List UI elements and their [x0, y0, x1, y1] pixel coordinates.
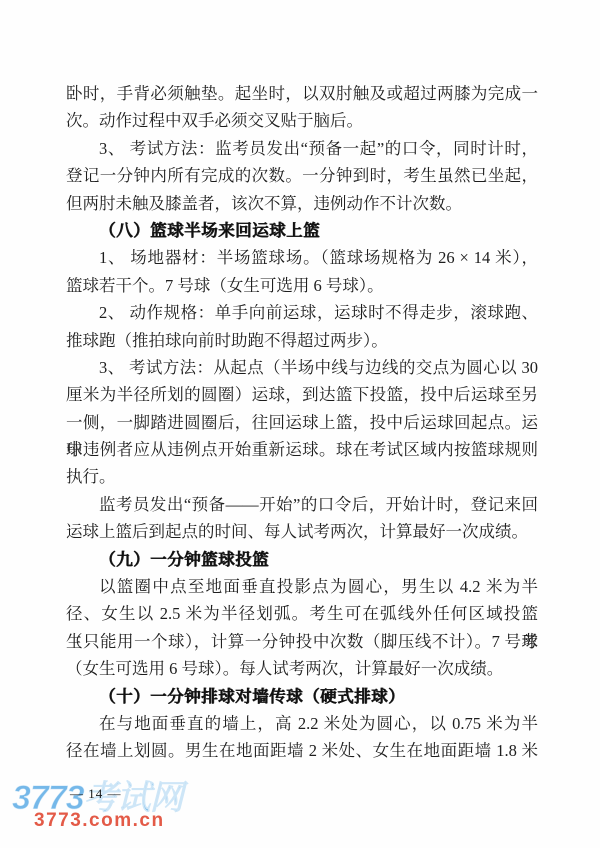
text-line: 一侧，一脚踏进圆圈后，往回运球上篮，投中后运球回起点。运球: [66, 409, 538, 436]
text-line: 中违例者应从违例点开始重新运球。球在考试区域内按篮球规则: [66, 436, 538, 463]
text-line: 卧时，手背必须触垫。起坐时，以双肘触及或超过两膝为完成一: [66, 80, 538, 107]
text-line: 生只能用一个球），计算一分钟投中次数（脚压线不计）。7 号球: [66, 628, 538, 655]
text-line: 3、 考试方法：从起点（半场中线与边线的交点为圆心以 30: [66, 354, 538, 381]
text-line: 3、 考试方法：监考员发出“预备一起”的口令，同时计时，: [66, 135, 538, 162]
section-heading: （九）一分钟篮球投篮: [66, 546, 538, 573]
text-line: 以篮圈中点至地面垂直投影点为圆心，男生以 4.2 米为半: [66, 573, 538, 600]
page-footer: 3773考试网 3773.com.cn — 14 —: [0, 762, 600, 848]
watermark-url: 3773.com.cn: [34, 810, 165, 832]
text-line: 但两肘未触及膝盖者，该次不算，违例动作不计次数。: [66, 190, 538, 217]
text-line: 在与地面垂直的墙上，高 2.2 米处为圆心，以 0.75 米为半: [66, 710, 538, 737]
text-line: 篮球若干个。7 号球（女生可选用 6 号球）。: [66, 272, 538, 299]
text-line: 推球跑（推拍球向前时助跑不得超过两步）。: [66, 327, 538, 354]
section-heading: （八）篮球半场来回运球上篮: [66, 217, 538, 244]
text-line: 厘米为半径所划的圆圈）运球，到达篮下投篮，投中后运球至另: [66, 381, 538, 408]
text-line: 径在墙上划圆。男生在地面距墙 2 米处、女生在地面距墙 1.8 米: [66, 737, 538, 764]
text-line: （女生可选用 6 号球）。每人试考两次，计算最好一次成绩。: [66, 655, 538, 682]
text-line: 径、女生以 2.5 米为半径划弧。考生可在弧线外任何区域投篮（考: [66, 600, 538, 627]
text-line: 1、 场地器材：半场篮球场。（篮球场规格为 26 × 14 米），: [66, 244, 538, 271]
text-line: 2、 动作规格：单手向前运球，运球时不得走步，滚球跑、: [66, 299, 538, 326]
page-number: — 14 —: [70, 786, 122, 802]
text-line: 登记一分钟内所有完成的次数。一分钟到时，考生虽然已坐起，: [66, 162, 538, 189]
text-line: 执行。: [66, 463, 538, 490]
text-line: 运球上篮后到起点的时间、每人试考两次，计算最好一次成绩。: [66, 518, 538, 545]
text-line: 次。动作过程中双手必须交叉贴于脑后。: [66, 107, 538, 134]
section-heading: （十）一分钟排球对墙传球（硬式排球）: [66, 683, 538, 710]
document-page: 卧时，手背必须触垫。起坐时，以双肘触及或超过两膝为完成一次。动作过程中双手必须交…: [0, 0, 600, 848]
document-body: 卧时，手背必须触垫。起坐时，以双肘触及或超过两膝为完成一次。动作过程中双手必须交…: [66, 80, 538, 765]
text-line: 监考员发出“预备——开始”的口令后，开始计时，登记来回: [66, 491, 538, 518]
